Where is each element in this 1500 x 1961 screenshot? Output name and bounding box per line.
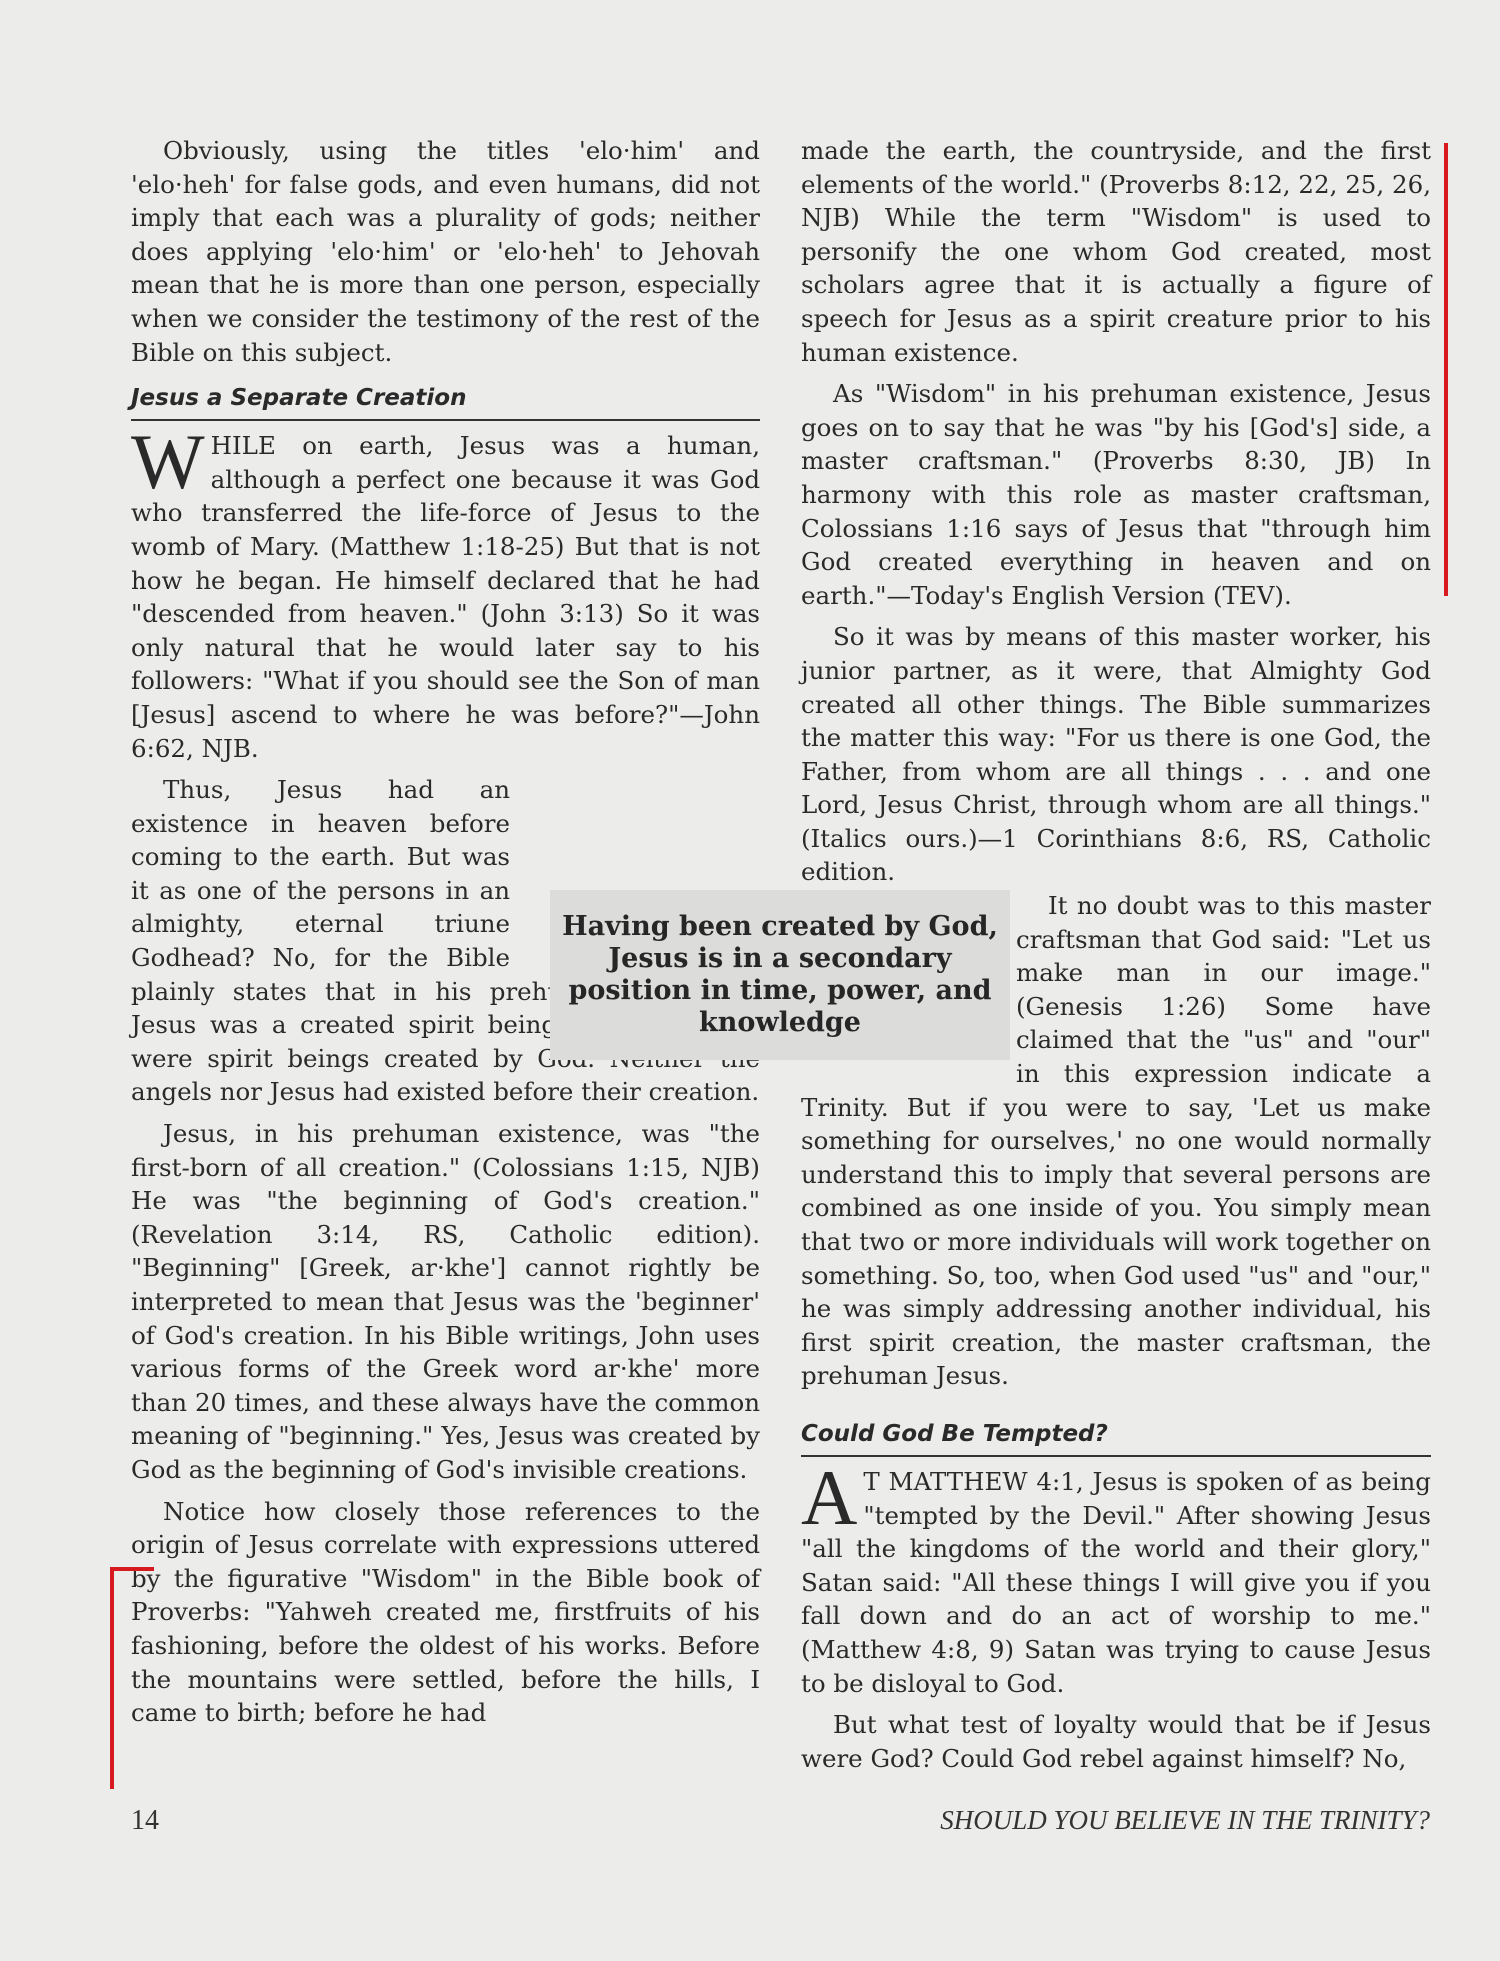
red-margin-bar-right	[1444, 143, 1448, 596]
paragraph-at-matthew: AT MATTHEW 4:1, Jesus is spoken of as be…	[801, 1465, 1431, 1700]
paragraph-made-the-earth: made the earth, the countryside, and the…	[801, 134, 1431, 369]
subheading-separate-creation: Jesus a Separate Creation	[131, 383, 760, 421]
red-margin-bar-left-tick	[110, 1567, 154, 1571]
paragraph-elohim: Obviously, using the titles 'elo·him' an…	[131, 134, 760, 369]
paragraph-master-worker: So it was by means of this master worker…	[801, 620, 1431, 889]
subheading-could-god-be-tempted: Could God Be Tempted?	[801, 1419, 1431, 1457]
paragraph-while-on-earth: WHILE on earth, Jesus was a human, altho…	[131, 429, 760, 765]
paragraph-notice-wisdom: Notice how closely those references to t…	[131, 1495, 760, 1730]
running-title: SHOULD YOU BELIEVE IN THE TRINITY?	[940, 1805, 1430, 1836]
red-margin-bar-left	[110, 1567, 114, 1789]
pull-quote: Having been created by God, Jesus is in …	[550, 890, 1010, 1060]
paragraph-as-wisdom: As "Wisdom" in his prehuman existence, J…	[801, 377, 1431, 612]
page-number: 14	[131, 1805, 159, 1837]
drop-cap: A	[801, 1467, 857, 1529]
paragraph-first-born: Jesus, in his prehuman existence, was "t…	[131, 1117, 760, 1487]
drop-cap: W	[131, 431, 205, 493]
paragraph-test-of-loyalty: But what test of loyalty would that be i…	[801, 1708, 1431, 1775]
